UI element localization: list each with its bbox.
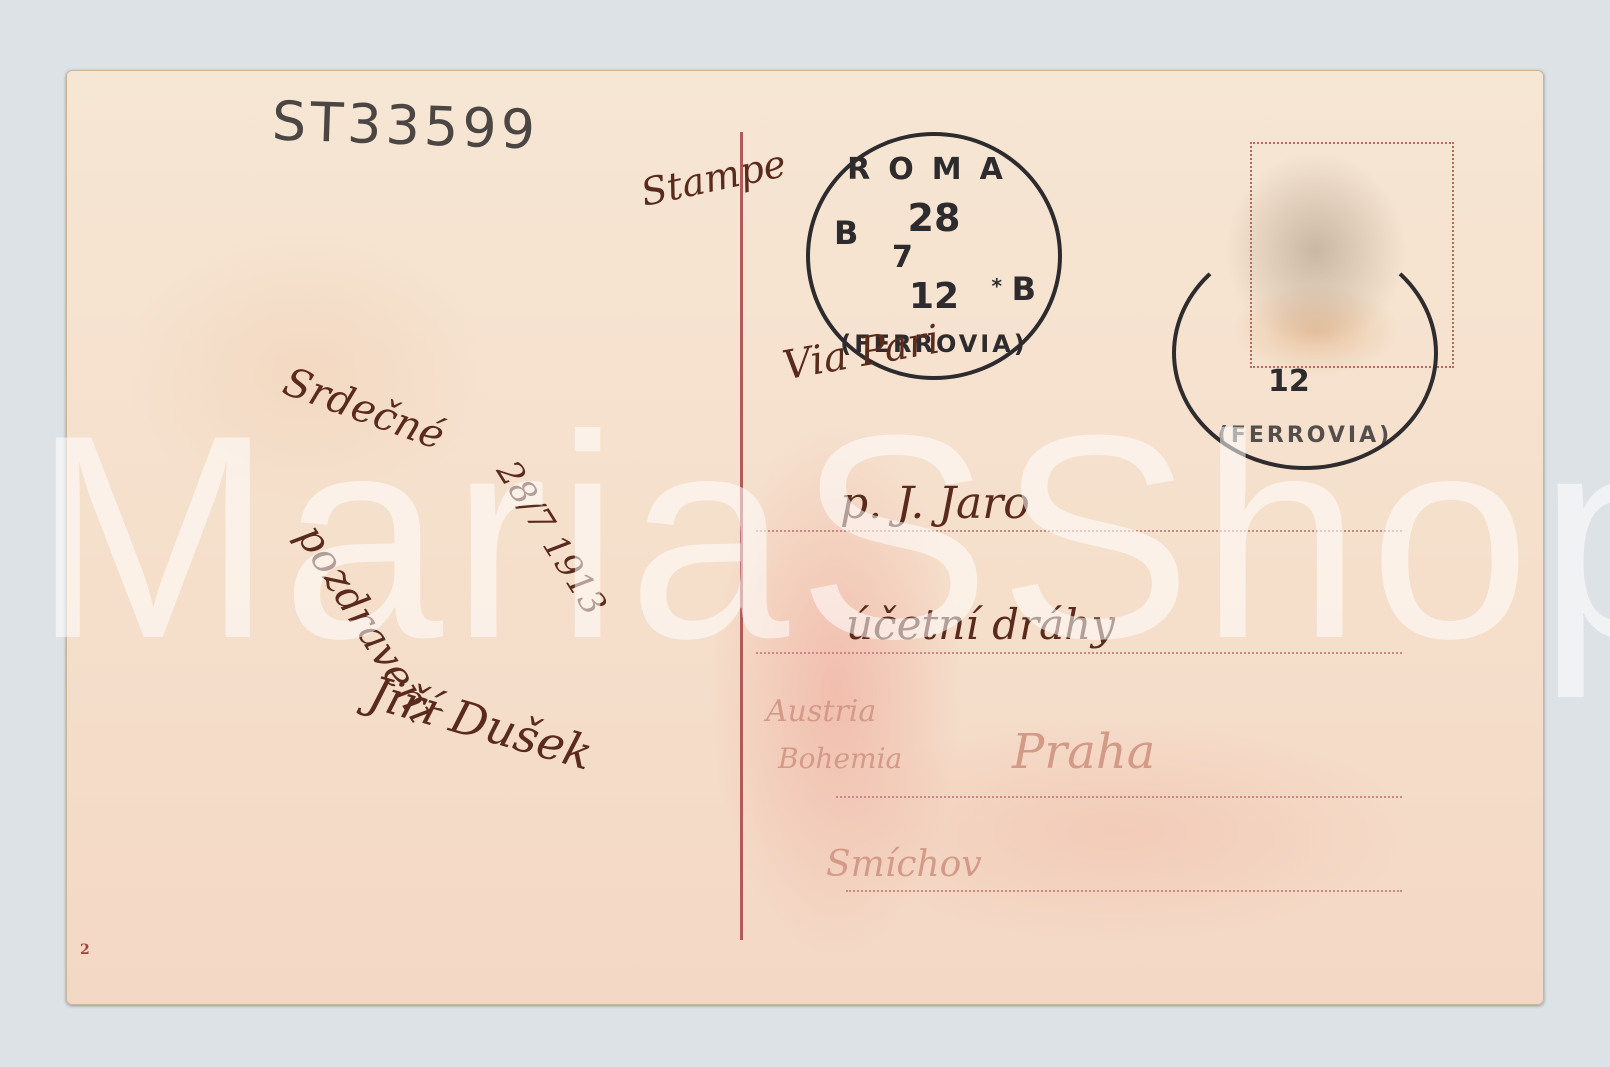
postcard: ST33599 Stampe ROMA B 28 7 * B 12 (FERRO… xyxy=(66,70,1544,1005)
postmark-city: ROMA xyxy=(810,152,1058,187)
postmark-year: 12 xyxy=(810,276,1058,317)
postmark-secondary: 12 (FERROVIA) xyxy=(1172,236,1438,470)
address-rule-3 xyxy=(836,796,1402,798)
address-line-2: účetní dráhy xyxy=(846,600,1115,649)
country-note-2: Bohemia xyxy=(778,742,902,775)
card-number: 2 xyxy=(80,942,90,958)
handwritten-top-word: Stampe xyxy=(637,141,790,215)
handwritten-greeting-1: Srdečné xyxy=(277,359,450,460)
postmark-year: 12 xyxy=(1268,364,1310,399)
address-line-1: p. J. Jaro xyxy=(840,478,1030,529)
address-line-3: Praha xyxy=(1012,724,1155,780)
postmark-route: (FERROVIA) xyxy=(1176,423,1434,448)
inventory-code: ST33599 xyxy=(271,89,540,161)
address-rule-1 xyxy=(756,530,1402,532)
country-note-1: Austria xyxy=(766,694,876,729)
handwritten-date: 28/7 1913 xyxy=(488,454,614,622)
postmark-month: 7 xyxy=(892,240,913,275)
center-divider-line xyxy=(740,132,743,940)
address-rule-4 xyxy=(846,890,1402,892)
postmark-day: 28 xyxy=(810,196,1058,240)
handwritten-signature: Jiří Dušek xyxy=(363,665,599,780)
address-rule-2 xyxy=(756,652,1402,654)
address-line-4: Smíchov xyxy=(826,844,982,885)
